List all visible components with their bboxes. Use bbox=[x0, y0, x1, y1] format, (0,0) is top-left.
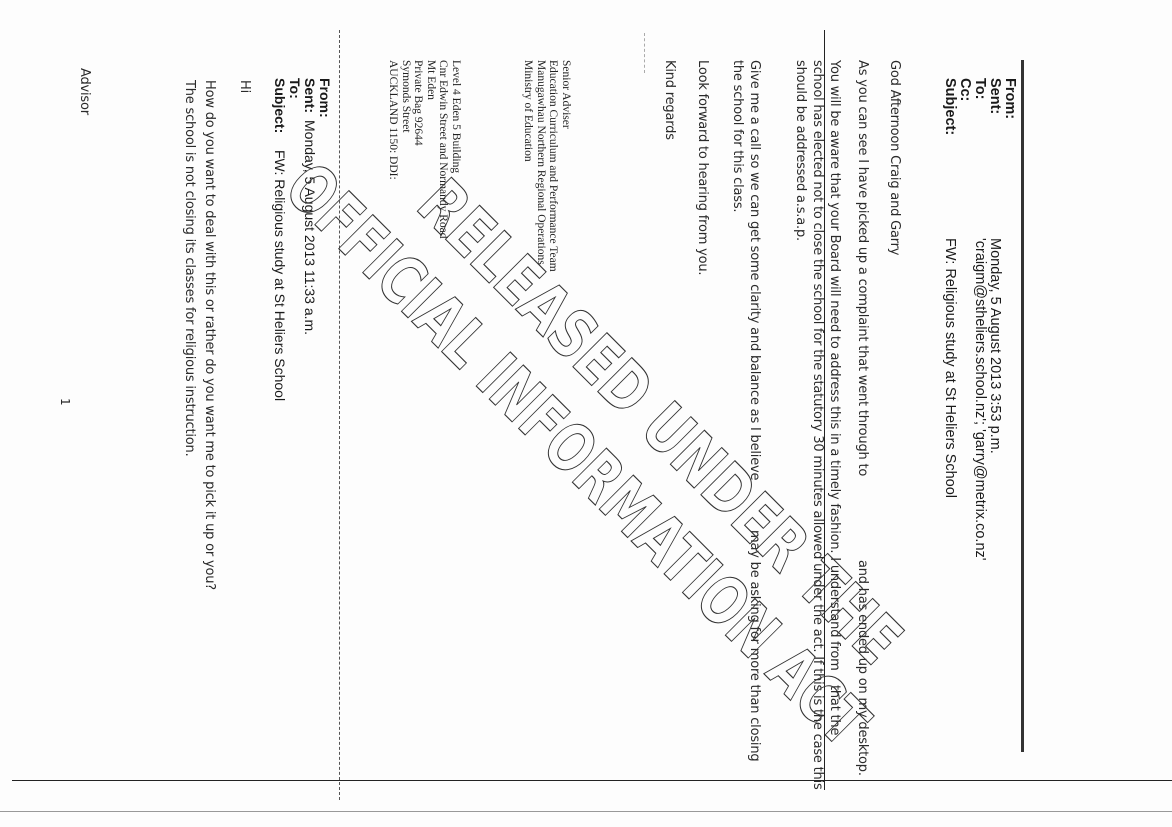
signature-address: Level 4 Eden 5 Building Cnr Edwin Street… bbox=[387, 60, 462, 239]
para2-line2: school has elected not to close the scho… bbox=[810, 60, 825, 790]
fwd-sent-label: Sent: bbox=[302, 78, 317, 113]
address-line: Level 4 Eden 5 Building bbox=[450, 60, 463, 239]
scanned-page: From: Sent: Monday, 5 August 2013 3:53 p… bbox=[0, 0, 1172, 827]
cc-label: Cc: bbox=[957, 78, 972, 101]
closing: Kind regards bbox=[662, 60, 677, 140]
body-paragraph-1: As you can see I have picked up a compla… bbox=[855, 60, 870, 820]
subject-value: FW: Religious study at St Heliers School bbox=[942, 238, 957, 498]
subject-label: Subject: bbox=[942, 78, 957, 135]
fwd-subject-label: Subject: bbox=[272, 78, 287, 133]
fwd-sent-value: Monday, 5 August 2013 11:33 a.m. bbox=[302, 120, 317, 335]
address-line: AUCKLAND 1150: DDI: bbox=[387, 60, 400, 239]
fwd-line-2: The school is not closing its classes fo… bbox=[182, 80, 197, 457]
from-label: From: bbox=[1002, 78, 1017, 119]
page-number: 1 bbox=[58, 398, 72, 405]
address-line: Private Bag 92644 bbox=[412, 60, 425, 239]
para3-line1b: may be asking for more than closing bbox=[747, 530, 762, 761]
para2-line1b: that the bbox=[827, 685, 842, 735]
scan-edge-line bbox=[12, 780, 1172, 781]
fwd-subject-value: FW: Religious study at St Heliers School bbox=[272, 150, 287, 401]
fwd-signoff: Advisor bbox=[77, 68, 92, 115]
signature-line: Ministry of Education bbox=[522, 60, 535, 272]
signature-line: Senior Adviser bbox=[560, 60, 573, 272]
para3-line2: the school for this class. bbox=[730, 60, 745, 212]
fwd-greeting: Hi bbox=[237, 80, 252, 93]
sent-label: Sent: bbox=[987, 78, 1002, 114]
forward-separator bbox=[339, 30, 340, 800]
body-paragraph-2: You will be aware that your Board will n… bbox=[782, 60, 842, 820]
signature-line: Education Curriculum and Performance Tea… bbox=[547, 60, 560, 272]
fwd-to-label: To: bbox=[287, 78, 302, 99]
fwd-from-label: From: bbox=[317, 78, 332, 118]
body-paragraph-4: Look forward to hearing from you. bbox=[695, 60, 710, 275]
email-header: From: Sent: Monday, 5 August 2013 3:53 p… bbox=[941, 78, 1017, 778]
forwarded-header: From: Sent: Monday, 5 August 2013 11:33 … bbox=[270, 78, 332, 578]
scan-edge-line-faint bbox=[0, 811, 1172, 812]
para1-part2: and has ended up on my desktop. bbox=[855, 560, 870, 776]
body-paragraph-3: Give me a call so we can get some clarit… bbox=[722, 60, 762, 820]
to-label: To: bbox=[972, 78, 987, 99]
para2-line3: should be addressed a.s.a.p. bbox=[793, 60, 808, 241]
sent-value: Monday, 5 August 2013 3:53 p.m. bbox=[987, 238, 1002, 454]
header-separator bbox=[1021, 60, 1024, 752]
signature-line: Manugawhau Northern Regional Operations bbox=[535, 60, 548, 272]
para3-line1a: Give me a call so we can get some clarit… bbox=[747, 60, 762, 480]
address-line: Cnr Edwin Street and Normandy Road bbox=[437, 60, 450, 239]
greeting: God Afternoon Craig and Garry bbox=[887, 60, 902, 255]
to-value: 'craigm@stheliers.school.nz'; 'garry@met… bbox=[972, 238, 987, 561]
scan-artifact bbox=[604, 33, 645, 73]
para1-part1: As you can see I have picked up a compla… bbox=[855, 60, 870, 476]
address-line: Symonds Street bbox=[400, 60, 413, 239]
signature-block: Senior Adviser Education Curriculum and … bbox=[522, 60, 572, 272]
para2-line1a: You will be aware that your Board will n… bbox=[827, 60, 842, 671]
fwd-line-1: How do you want to deal with this or rat… bbox=[202, 80, 217, 590]
address-line: Mt Eden bbox=[425, 60, 438, 239]
